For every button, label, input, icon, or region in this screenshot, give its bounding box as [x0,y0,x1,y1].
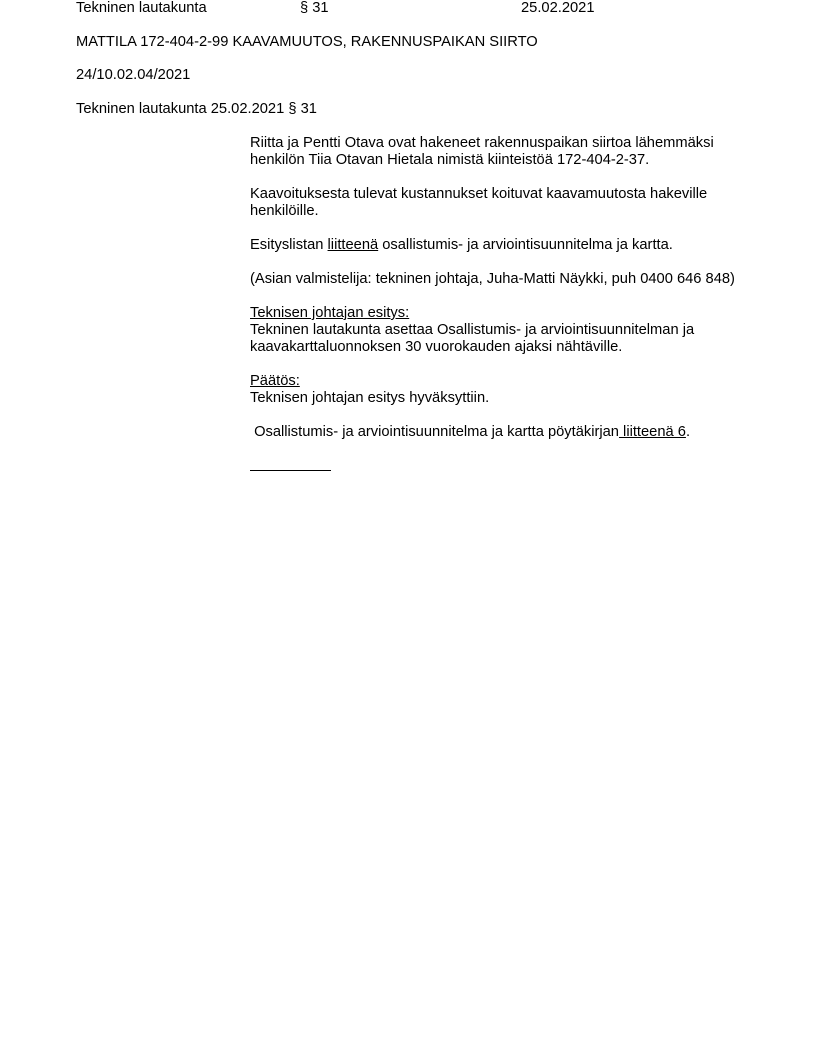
end-rule-container [250,458,770,476]
diary-number: 24/10.02.04/2021 [76,67,190,84]
paragraph-decision: Päätös: Teknisen johtajan esitys hyväksy… [250,373,770,407]
meeting-reference: Tekninen lautakunta 25.02.2021 § 31 [76,101,317,118]
text-fragment: osallistumis- ja arviointisuunnitelma ja… [378,237,673,253]
text-line: Teknisen johtajan esitys hyväksyttiin. [250,390,489,406]
text-line: kaavakarttaluonnoksen 30 vuorokauden aja… [250,339,622,355]
paragraph-application: Riitta ja Pentti Otava ovat hakeneet rak… [250,135,770,169]
attachment-link[interactable]: liitteenä [328,237,379,253]
text-line: henkilöille. [250,203,319,219]
text-fragment: . [686,424,690,440]
end-rule [250,458,331,471]
paragraph-preparer: (Asian valmistelija: tekninen johtaja, J… [250,271,770,288]
document-body: Riitta ja Pentti Otava ovat hakeneet rak… [250,135,770,493]
attachment-6-link[interactable]: liitteenä 6 [619,424,686,440]
text-line: Kaavoituksesta tulevat kustannukset koit… [250,186,707,202]
paragraph-attachment: Osallistumis- ja arviointisuunnitelma ja… [250,424,770,441]
paragraph-costs: Kaavoituksesta tulevat kustannukset koit… [250,186,770,220]
paragraph-attachment-ref: Esityslistan liitteenä osallistumis- ja … [250,237,770,254]
text-line: (Asian valmistelija: tekninen johtaja, J… [250,271,735,287]
decision-heading: Päätös: [250,373,300,389]
text-line: Riitta ja Pentti Otava ovat hakeneet rak… [250,135,714,151]
text-fragment: Esityslistan [250,237,328,253]
header-board: Tekninen lautakunta [76,0,207,17]
text-line: Tekninen lautakunta asettaa Osallistumis… [250,322,694,338]
document-title: MATTILA 172-404-2-99 KAAVAMUUTOS, RAKENN… [76,34,538,51]
text-fragment: Osallistumis- ja arviointisuunnitelma ja… [250,424,619,440]
proposal-heading: Teknisen johtajan esitys: [250,305,409,321]
text-line: henkilön Tiia Otavan Hietala nimistä kii… [250,152,649,168]
header-date: 25.02.2021 [521,0,595,17]
header-section: § 31 [300,0,329,17]
paragraph-proposal: Teknisen johtajan esitys: Tekninen lauta… [250,305,770,356]
